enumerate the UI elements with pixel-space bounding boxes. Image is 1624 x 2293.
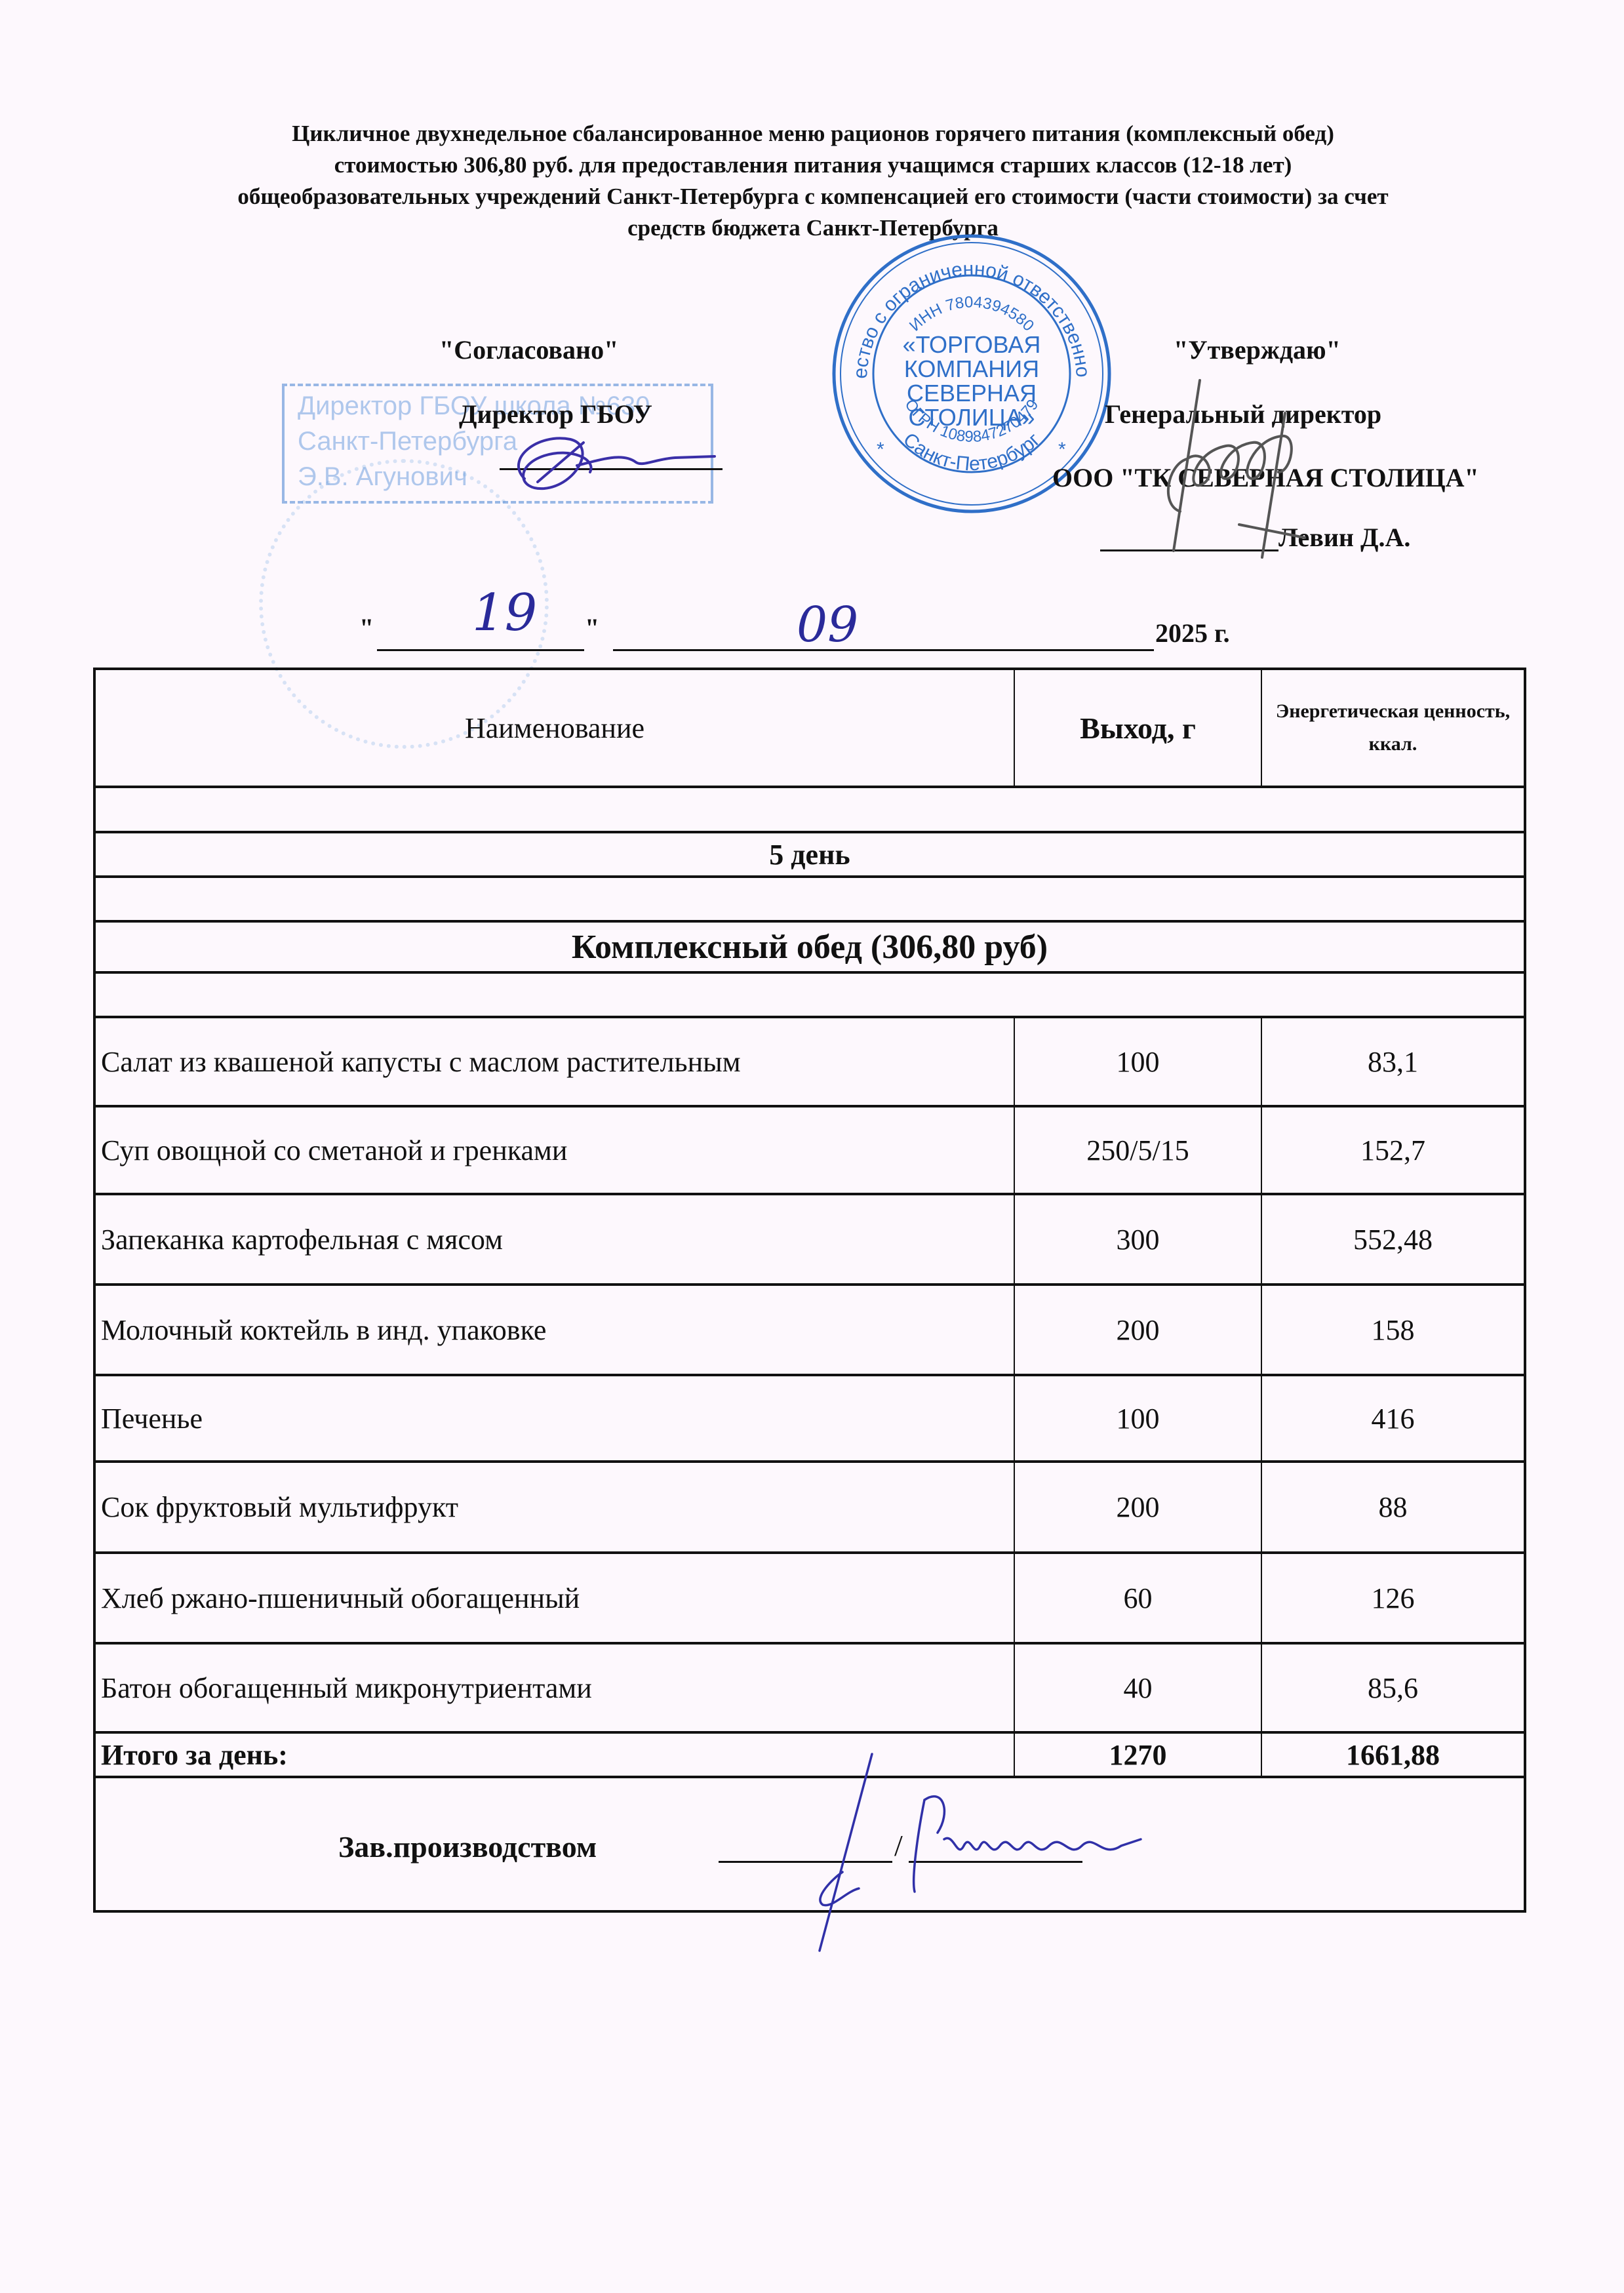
stamp-name-line-3: СЕВЕРНАЯ xyxy=(907,380,1037,407)
day-row: 5 день xyxy=(96,831,1524,875)
title-line-2: стоимостью 306,80 руб. для предоставлени… xyxy=(98,150,1528,181)
title-line-4: средств бюджета Санкт-Петербурга xyxy=(98,212,1528,244)
table-row: Сок фруктовый мультифрукт20088 xyxy=(96,1460,1524,1551)
section-label: Комплексный обед (306,80 руб) xyxy=(96,923,1524,971)
date-day-line xyxy=(377,649,584,651)
item-name: Батон обогащенный микронутриентами xyxy=(96,1645,1014,1731)
spacer-row xyxy=(96,971,1524,1016)
total-kcal: 1661,88 xyxy=(1261,1734,1524,1776)
item-yield: 100 xyxy=(1014,1376,1261,1460)
general-director-signature xyxy=(1147,374,1357,564)
section-row: Комплексный обед (306,80 руб) xyxy=(96,920,1524,971)
item-name: Печенье xyxy=(96,1376,1014,1460)
school-director-signature xyxy=(498,420,734,498)
table-row: Суп овощной со сметаной и гренками250/5/… xyxy=(96,1105,1524,1193)
stamp-name-line-1: «ТОРГОВАЯ xyxy=(903,331,1041,358)
date-month-handwritten: 09 xyxy=(797,597,858,653)
table-row: Печенье100416 xyxy=(96,1374,1524,1460)
column-header-kcal: Энергетическая ценность, ккал. xyxy=(1261,670,1524,786)
column-header-yield: Выход, г xyxy=(1014,670,1261,786)
item-yield: 200 xyxy=(1014,1286,1261,1374)
table-row: Молочный коктейль в инд. упаковке200158 xyxy=(96,1283,1524,1374)
date-year: 2025 г. xyxy=(1155,618,1230,648)
spacer-row xyxy=(96,875,1524,920)
item-yield: 100 xyxy=(1014,1018,1261,1105)
stamp-line-2: Санкт-Петербурга xyxy=(298,427,517,456)
item-kcal: 152,7 xyxy=(1261,1107,1524,1193)
item-name: Хлеб ржано-пшеничный обогащенный xyxy=(96,1554,1014,1642)
title-line-1: Цикличное двухнедельное сбалансированное… xyxy=(98,118,1528,150)
production-manager-signature xyxy=(774,1747,1246,1957)
item-yield: 250/5/15 xyxy=(1014,1107,1261,1193)
table-row: Хлеб ржано-пшеничный обогащенный60126 xyxy=(96,1551,1524,1642)
stamp-name-line-2: КОМПАНИЯ xyxy=(904,355,1039,382)
item-kcal: 88 xyxy=(1261,1463,1524,1551)
stamp-line-3: Э.В. Агунович xyxy=(298,462,467,492)
production-manager-label: Зав.производством xyxy=(338,1829,597,1864)
item-name: Сок фруктовый мультифрукт xyxy=(96,1463,1014,1551)
stamp-star-icon-left: * xyxy=(877,439,884,460)
item-yield: 300 xyxy=(1014,1195,1261,1283)
item-kcal: 85,6 xyxy=(1261,1645,1524,1731)
table-row: Батон обогащенный микронутриентами4085,6 xyxy=(96,1642,1524,1731)
date-day-handwritten: 19 xyxy=(472,584,537,643)
item-kcal: 552,48 xyxy=(1261,1195,1524,1283)
title-line-3: общеобразовательных учреждений Санкт-Пет… xyxy=(98,181,1528,212)
item-kcal: 158 xyxy=(1261,1286,1524,1374)
spacer-row xyxy=(96,786,1524,831)
table-row: Запеканка картофельная с мясом300552,48 xyxy=(96,1193,1524,1283)
table-row: Салат из квашеной капусты с маслом расти… xyxy=(96,1016,1524,1105)
table-header-row: Наименование Выход, г Энергетическая цен… xyxy=(96,670,1524,786)
item-yield: 60 xyxy=(1014,1554,1261,1642)
item-name: Запеканка картофельная с мясом xyxy=(96,1195,1014,1283)
approve-heading: "Утверждаю" xyxy=(1174,334,1341,365)
agreed-heading: "Согласовано" xyxy=(439,334,618,365)
menu-table: Наименование Выход, г Энергетическая цен… xyxy=(93,668,1526,1913)
item-kcal: 416 xyxy=(1261,1376,1524,1460)
item-kcal: 126 xyxy=(1261,1554,1524,1642)
item-kcal: 83,1 xyxy=(1261,1018,1524,1105)
date-open-quote: " xyxy=(359,612,374,643)
date-close-quote: " xyxy=(585,612,599,643)
item-yield: 40 xyxy=(1014,1645,1261,1731)
document-title: Цикличное двухнедельное сбалансированное… xyxy=(98,118,1528,244)
stamp-star-icon-right: * xyxy=(1058,439,1066,460)
day-label: 5 день xyxy=(96,833,1524,875)
stamp-name-line-4: СТОЛИЦА» xyxy=(909,404,1035,431)
item-name: Молочный коктейль в инд. упаковке xyxy=(96,1286,1014,1374)
item-yield: 200 xyxy=(1014,1463,1261,1551)
stamp-inn: ИНН 7804394580 xyxy=(906,293,1037,334)
item-name: Суп овощной со сметаной и гренками xyxy=(96,1107,1014,1193)
column-header-name: Наименование xyxy=(96,670,1014,786)
date-month-line xyxy=(613,649,1154,651)
item-name: Салат из квашеной капусты с маслом расти… xyxy=(96,1018,1014,1105)
